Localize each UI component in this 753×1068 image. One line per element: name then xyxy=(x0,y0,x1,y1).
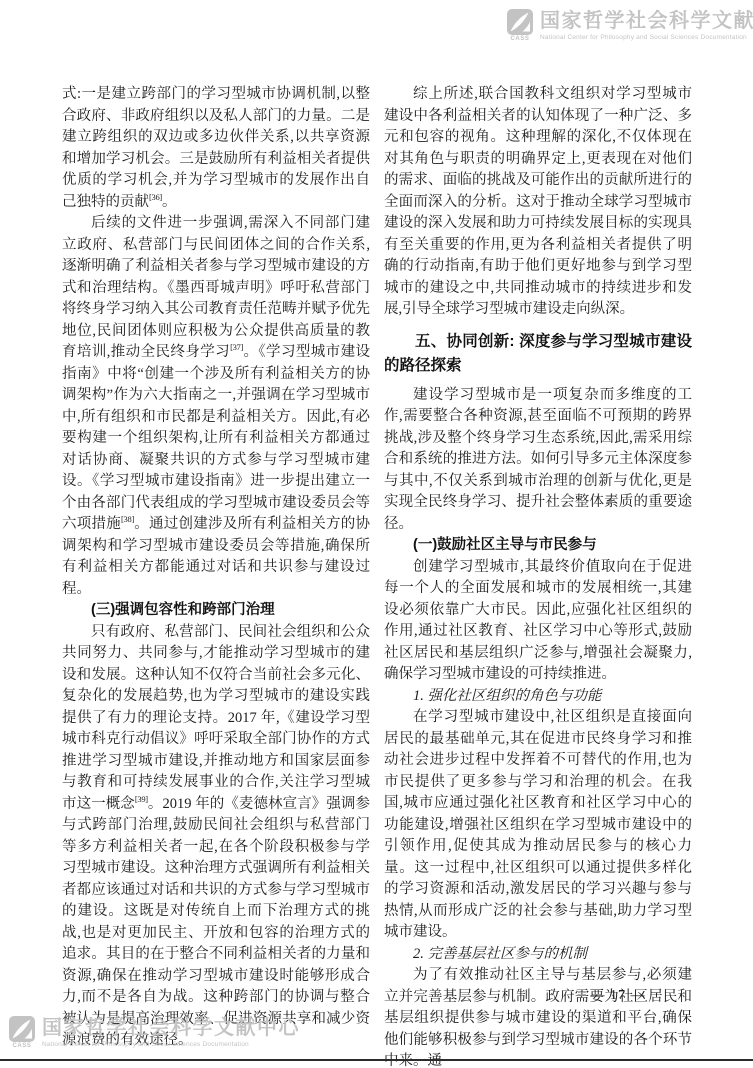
numbered-subheading: 2. 完善基层社区参与的机制 xyxy=(384,944,692,966)
logo-abbr: CASS xyxy=(12,1043,31,1049)
footer-logo: CASS 国家哲学社会科学文献中心 National Center for Ph… xyxy=(8,1016,300,1049)
subsection-heading: (三)强调包容性和跨部门治理 xyxy=(62,600,370,622)
logo-title-cn: 国家哲学社会科学文献中心 xyxy=(540,9,753,33)
citation-ref: [36] xyxy=(149,192,162,202)
paragraph: 只有政府、私营部门、民间社会组织和公众共同努力、共同参与,才能推动学习型城市的建… xyxy=(62,622,370,1052)
paragraph: 在学习型城市建设中,社区组织是直接面向居民的最基础单元,其在促进市民终身学习和推… xyxy=(384,707,692,944)
section-heading: 五、协同创新: 深度参与学习型城市建设的路径探索 xyxy=(384,330,692,378)
logo-subtitle-en: National Center for Philosophy and Socia… xyxy=(540,33,753,42)
left-column: 式:一是建立跨部门的学习型城市协调机制,以整合政府、非政府组织以及私人部门的力量… xyxy=(62,84,370,1068)
subsection-heading: (一)鼓励社区主导与市民参与 xyxy=(384,535,692,557)
header-logo: CASS 国家哲学社会科学文献中心 National Center for Ph… xyxy=(506,9,753,42)
citation-ref: [38] xyxy=(121,514,134,524)
paragraph: 建设学习型城市是一项复杂而多维度的工作,需要整合各种资源,甚至面临不可预期的跨界… xyxy=(384,385,692,536)
citation-ref: [39] xyxy=(135,794,148,804)
document-body: 式:一是建立跨部门的学习型城市协调机制,以整合政府、非政府组织以及私人部门的力量… xyxy=(62,84,692,1068)
footer-rule xyxy=(0,1059,753,1061)
numbered-subheading: 1. 强化社区组织的角色与功能 xyxy=(384,686,692,708)
paragraph: 式:一是建立跨部门的学习型城市协调机制,以整合政府、非政府组织以及私人部门的力量… xyxy=(62,84,370,213)
paragraph: 为了有效推动社区主导与基层参与,必须建立并完善基层参与机制。政府需要为社区居民和… xyxy=(384,965,692,1068)
cass-logo-icon xyxy=(507,9,533,35)
page-number: — 17 — xyxy=(578,988,658,1004)
right-column: 综上所述,联合国教科文组织对学习型城市建设中各利益相关者的认知体现了一种广泛、多… xyxy=(384,84,692,1068)
paragraph: 创建学习型城市,其最终价值取向在于促进每一个人的全面发展和城市的发展相统一,其建… xyxy=(384,557,692,686)
logo-abbr: CASS xyxy=(510,36,529,42)
paragraph: 综上所述,联合国教科文组织对学习型城市建设中各利益相关者的认知体现了一种广泛、多… xyxy=(384,84,692,321)
logo-subtitle-en: National Center for Philosophy and Socia… xyxy=(42,1040,300,1049)
paragraph: 后续的文件进一步强调,需深入不同部门建立政府、私营部门与民间团体之间的合作关系,… xyxy=(62,213,370,600)
logo-title-cn: 国家哲学社会科学文献中心 xyxy=(42,1016,300,1040)
citation-ref: [37] xyxy=(230,342,243,352)
cass-logo-icon xyxy=(9,1016,35,1042)
